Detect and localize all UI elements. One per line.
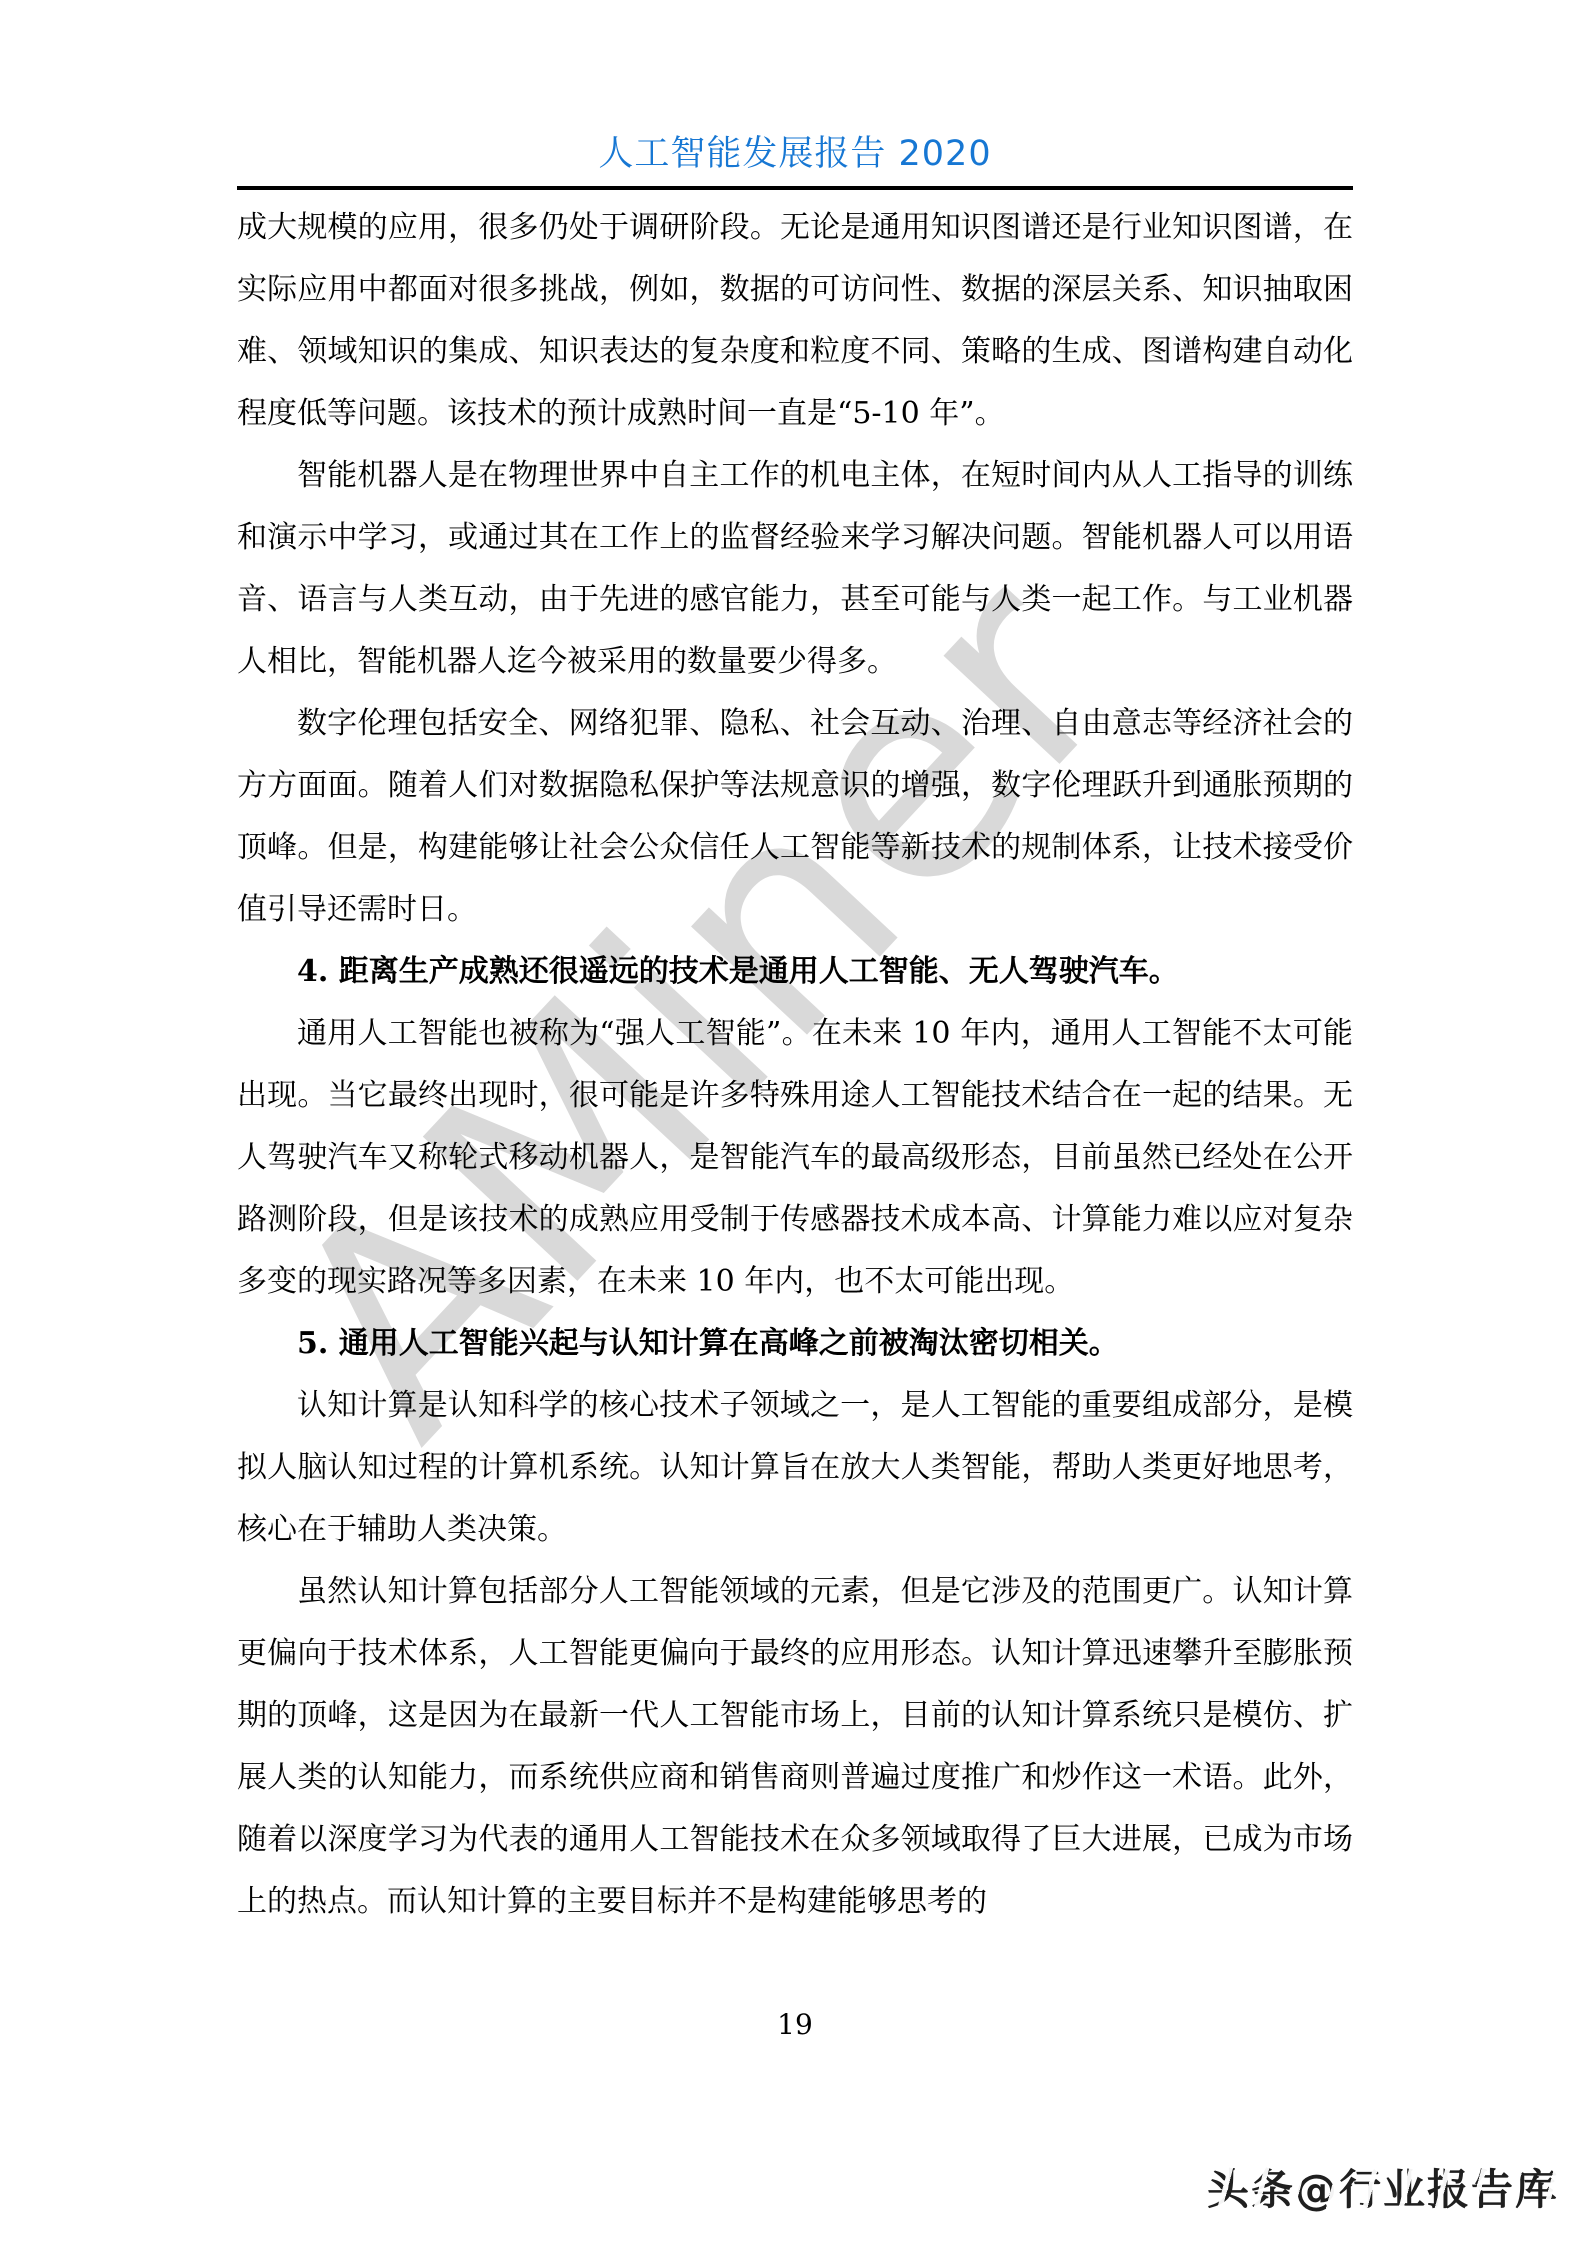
- paragraph-cognitive-computing-definition: 认知计算是认知科学的核心技术子领域之一，是人工智能的重要组成部分，是模拟人脑认知…: [237, 1375, 1353, 1561]
- footer-watermark: 头条@行业报告库: [1207, 2157, 1559, 2217]
- header-divider-rule: [237, 186, 1353, 190]
- paragraph-knowledge-graph-challenges: 成大规模的应用，很多仍处于调研阶段。无论是通用知识图谱还是行业知识图谱，在实际应…: [237, 197, 1353, 445]
- page-number: 19: [237, 2008, 1353, 2041]
- paragraph-digital-ethics: 数字伦理包括安全、网络犯罪、隐私、社会互动、治理、自由意志等经济社会的方方面面。…: [237, 693, 1353, 941]
- paragraph-agi-driverless: 通用人工智能也被称为“强人工智能”。在未来 10 年内，通用人工智能不太可能出现…: [237, 1003, 1353, 1313]
- paragraph-smart-robots: 智能机器人是在物理世界中自主工作的机电主体，在短时间内从人工指导的训练和演示中学…: [237, 445, 1353, 693]
- document-body: 成大规模的应用，很多仍处于调研阶段。无论是通用知识图谱还是行业知识图谱，在实际应…: [237, 197, 1353, 1933]
- footer-watermark-text: 头条@行业报告库: [1207, 2165, 1559, 2214]
- section-heading-4: 4. 距离生产成熟还很遥远的技术是通用人工智能、无人驾驶汽车。: [237, 941, 1353, 1003]
- page-header-title: 人工智能发展报告 2020: [237, 126, 1353, 176]
- report-page: AMiner 人工智能发展报告 2020 成大规模的应用，很多仍处于调研阶段。无…: [0, 0, 1587, 2245]
- section-heading-5: 5. 通用人工智能兴起与认知计算在高峰之前被淘汰密切相关。: [237, 1313, 1353, 1375]
- paragraph-cognitive-computing-scope: 虽然认知计算包括部分人工智能领域的元素，但是它涉及的范围更广。认知计算更偏向于技…: [237, 1561, 1353, 1933]
